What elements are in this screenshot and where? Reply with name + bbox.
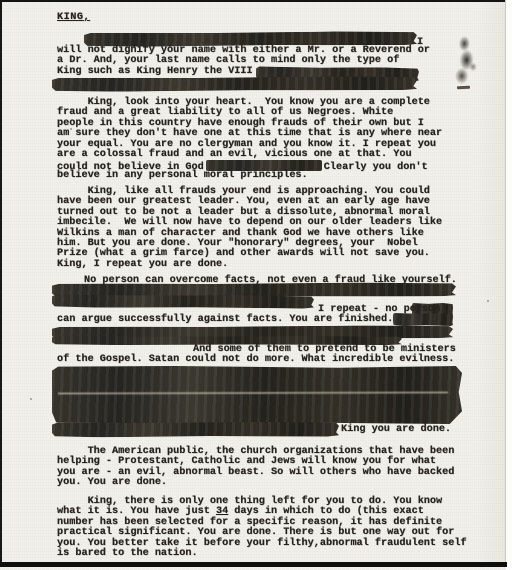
paragraph-fraud: King, look into your heart. You know you… xyxy=(57,98,442,181)
scanned-letter-page: KING, I will not dignify your name with … xyxy=(0,0,512,570)
days-count: 34 xyxy=(216,506,228,517)
text-line: is bared to the nation. xyxy=(57,549,467,559)
scan-border-left xyxy=(0,0,2,566)
scan-border-top xyxy=(0,0,506,2)
scan-edge-right xyxy=(505,0,506,562)
paragraph-frauds-end: King, like all frauds your end is approa… xyxy=(57,187,442,270)
text-line: you. You are done. xyxy=(57,478,454,488)
text-line: imbecile. We will now have to depend on … xyxy=(57,218,442,228)
text-line: of the Gospel. Satan could not do more. … xyxy=(57,355,454,365)
text-line: practical significant. You are done. The… xyxy=(57,528,467,538)
scan-margin-right xyxy=(506,0,512,570)
text-segment: days in which to do (this exact xyxy=(228,506,424,517)
paragraph-final: King, there is only one thing left for y… xyxy=(57,497,467,559)
scan-speck xyxy=(487,300,489,302)
text-line: King you are done. xyxy=(341,425,451,435)
letter-salutation: KING, xyxy=(57,13,90,23)
paragraph-public: The American public, the church organiza… xyxy=(57,447,454,489)
redaction-bar xyxy=(52,294,314,308)
text-line: King, I repeat you are done. xyxy=(57,260,442,270)
ink-smudge xyxy=(449,33,482,88)
redaction-bar xyxy=(52,76,417,92)
scan-edge-shadow xyxy=(478,0,505,562)
scan-border-bottom xyxy=(0,562,507,567)
redaction-bar xyxy=(52,421,339,437)
scan-speck xyxy=(70,128,72,130)
redaction-block xyxy=(52,366,462,424)
text-line: am sure they don't have one at this time… xyxy=(57,129,442,139)
text-line: are a colossal fraud and an evil, viciou… xyxy=(57,150,442,160)
text-line: I xyxy=(417,38,423,48)
ink-smudge-dash xyxy=(457,86,470,89)
scan-speck xyxy=(30,398,32,400)
paper-crease xyxy=(58,391,448,394)
text-line: can argue successfully against facts. Yo… xyxy=(57,315,393,325)
redaction-bar xyxy=(84,31,417,47)
text-segment: Clearly you don't xyxy=(324,162,428,173)
text-segment: what it is. You have just xyxy=(57,506,216,517)
